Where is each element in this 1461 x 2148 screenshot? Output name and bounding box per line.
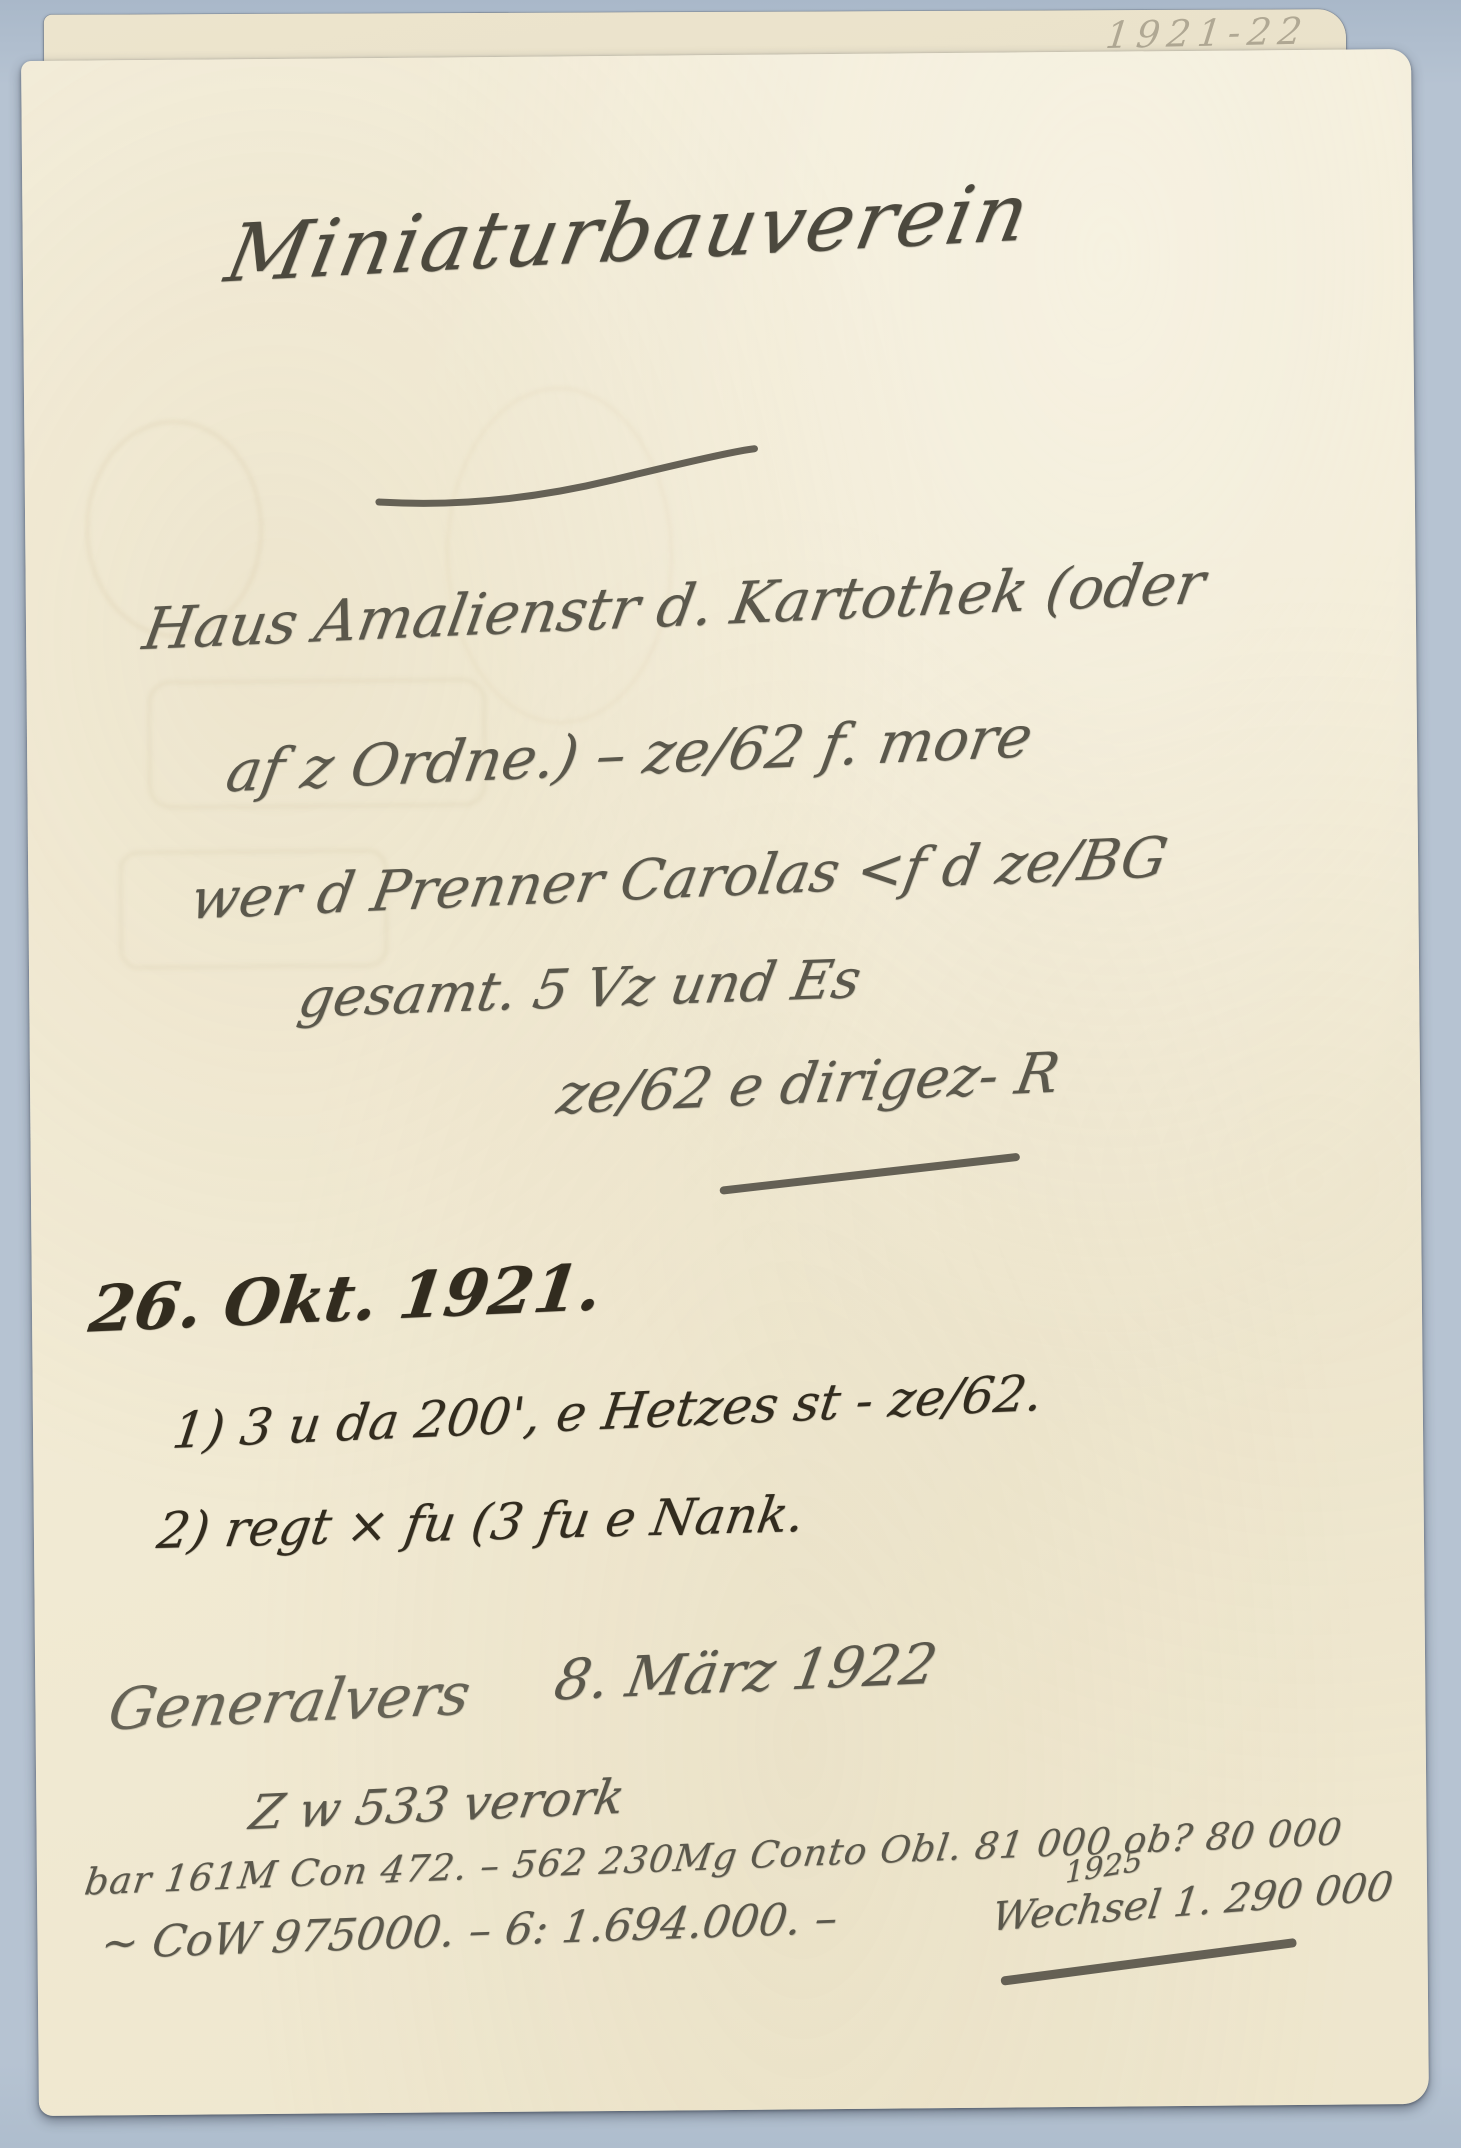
pencil-note-line: af z Ordne.) – ze/62 f. more <box>222 702 1038 805</box>
front-sheet-paper: Miniaturbauverein Haus Amalienstr d. Kar… <box>21 49 1429 2116</box>
pencil-underline-stroke <box>719 1153 1020 1195</box>
pencil-note-line: wer d Prenner Carolas <f d ze/BG <box>186 825 1172 932</box>
entry-1921-item: 2) regt × fu (3 fu e Nank. <box>154 1485 809 1560</box>
title-underline-stroke <box>372 437 763 512</box>
entry-1922-heading: Generalvers <box>104 1660 476 1744</box>
document-title: Miniaturbauverein <box>219 166 1039 301</box>
entry-1922-sum-line: Z w 533 verork <box>246 1769 629 1841</box>
pencil-note-line: gesamt. 5 Vz und Es <box>294 947 866 1030</box>
entry-1922-wechsel-note: Wechsel 1. 290 000 <box>989 1864 1395 1941</box>
entry-1922-date: 8. März 1922 <box>550 1632 942 1714</box>
pencil-note-line: Haus Amalienstr d. Kartothek (oder <box>138 549 1210 663</box>
entry-1922-totals-line: ~ CoW 975000. – 6: 1.694.000. – <box>98 1893 841 1970</box>
ghost-impression <box>444 385 675 725</box>
pencil-note-line: ze/62 e dirigez- R <box>553 1041 1065 1128</box>
scanned-archive-photo: { "scene": { "background_color": "#b6c3d… <box>0 0 1461 2148</box>
pencil-underline-stroke <box>1000 1938 1297 1986</box>
entry-1921-date: 26. Okt. 1921. <box>85 1250 606 1347</box>
entry-1921-item: 1) 3 u da 200', e Hetzes st - ze/62. <box>169 1364 1046 1460</box>
